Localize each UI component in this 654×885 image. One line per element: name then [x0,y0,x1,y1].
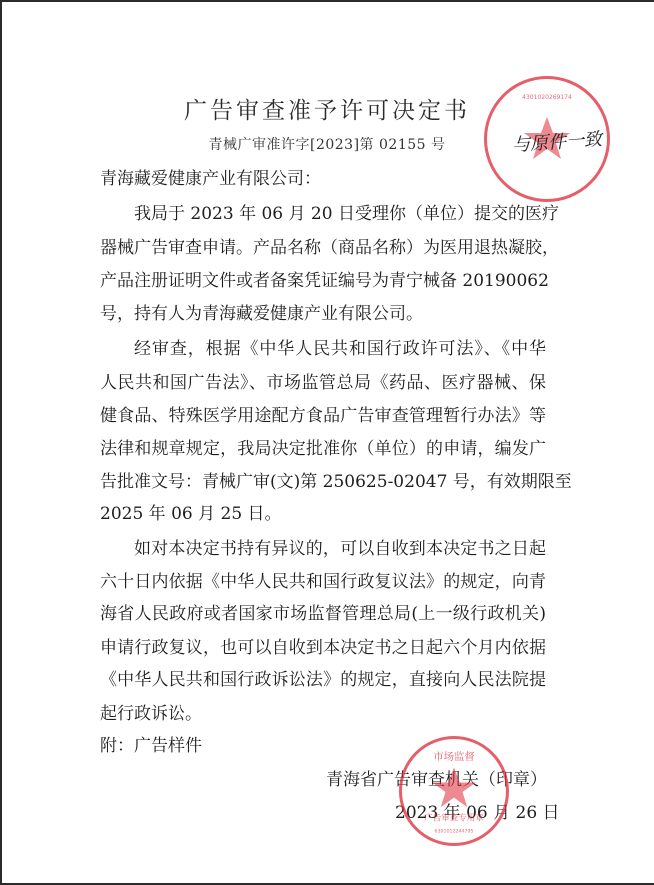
paragraph-2-line: 法律和规章规定，我局决定批准你（单位）的申请，编发广 [100,439,546,459]
svg-text:市场监督: 市场监督 [433,750,475,763]
paragraph-3-line: 六十日内依据《中华人民共和国行政复议法》的规定，向青 [100,572,546,592]
paragraph-3-line: 如对本决定书持有异议的，可以自收到本决定书之日起 [134,539,546,559]
paragraph-3-line: 起行政诉讼。 [100,704,546,724]
svg-text:4301020269174: 4301020269174 [522,94,572,101]
paragraph-1-line: 产品注册证明文件或者备案凭证编号为青宁械备 20190062 [100,271,546,291]
paragraph-3-line: 海省人民政府或者国家市场监督管理总局(上一级行政机关) [100,604,546,624]
paragraph-3-line: 申请行政复议，也可以自收到本决定书之日起六个月内依据 [100,638,546,658]
paragraph-2-line: 告批准文号：青械广审(文)第 250625-02047 号，有效期限至 [100,472,546,492]
paragraph-2-line: 人民共和国广告法》、市场监管总局《药品、医疗器械、保 [100,373,546,393]
addressee: 青海藏爱健康产业有限公司： [100,169,546,189]
paragraph-1-line: 器械广告审查申请。产品名称（商品名称）为医用退热凝胶， [100,238,546,258]
svg-text:6301012244795: 6301012244795 [434,829,473,835]
paragraph-1-line: 我局于 2023 年 06 月 20 日受理你（单位）提交的医疗 [134,204,546,224]
paragraph-2-line: 2025 年 06 月 25 日。 [100,504,546,524]
svg-text:广告审查专用章: 广告审查专用章 [424,812,484,823]
paragraph-1-line: 号，持有人为青海藏爱健康产业有限公司。 [100,304,546,324]
paragraph-2-line: 健食品、特殊医学用途配方食品广告审查管理暂行办法》等 [100,406,546,426]
paragraph-3-line: 《中华人民共和国行政诉讼法》的规定，直接向人民法院提 [100,670,546,690]
paragraph-2-line: 经审查，根据《中华人民共和国行政许可法》、《中华 [134,339,546,359]
official-seal-stamp: 市场监督 广告审查专用章 6301012244795 [399,736,509,846]
star-icon: 市场监督 广告审查专用章 6301012244795 [402,739,506,843]
